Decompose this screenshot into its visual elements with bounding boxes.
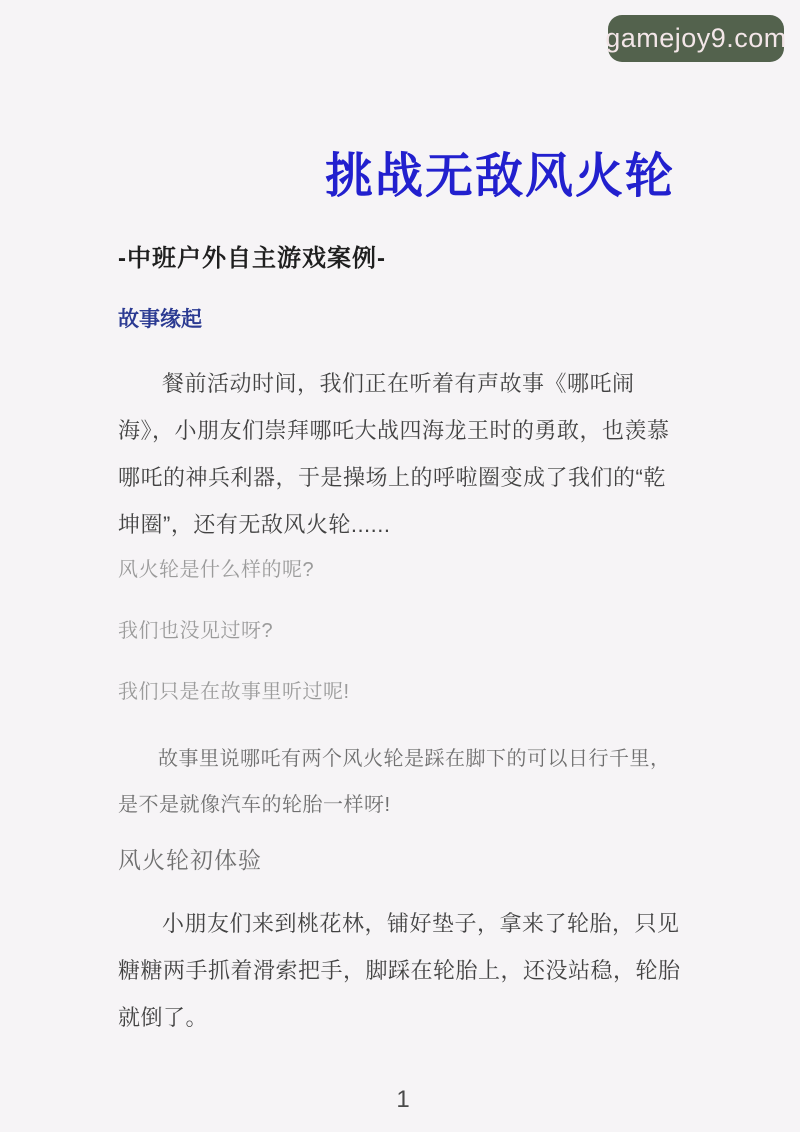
page-title: 挑战无敌风火轮 xyxy=(118,148,688,206)
paragraph-story-detail: 故事里说哪吒有两个风火轮是踩在脚下的可以日行千里，是不是就像汽车的轮胎一样呀! xyxy=(118,736,688,828)
section-heading-first-experience: 风火轮初体验 xyxy=(118,845,688,875)
question-line: 我们只是在故事里听过呢! xyxy=(118,678,688,706)
document-page: gamejoy9.com 挑战无敌风火轮 -中班户外自主游戏案例- 故事缘起 餐… xyxy=(0,0,800,1132)
page-number: 1 xyxy=(118,1085,688,1115)
doc-subtitle: -中班户外自主游戏案例- xyxy=(118,244,688,274)
document-body: 挑战无敌风火轮 -中班户外自主游戏案例- 故事缘起 餐前活动时间，我们正在听着有… xyxy=(118,148,688,1115)
question-line: 风火轮是什么样的呢? xyxy=(118,556,688,584)
paragraph-story-intro: 餐前活动时间，我们正在听着有声故事《哪吒闹海》，小朋友们崇拜哪吒大战四海龙王时的… xyxy=(118,360,688,548)
question-line: 我们也没见过呀? xyxy=(118,617,688,645)
section-heading-story-origin: 故事缘起 xyxy=(118,306,688,334)
watermark-badge: gamejoy9.com xyxy=(608,15,784,62)
paragraph-first-experience: 小朋友们来到桃花林，铺好垫子，拿来了轮胎，只见糖糖两手抓着滑索把手，脚踩在轮胎上… xyxy=(118,900,688,1041)
